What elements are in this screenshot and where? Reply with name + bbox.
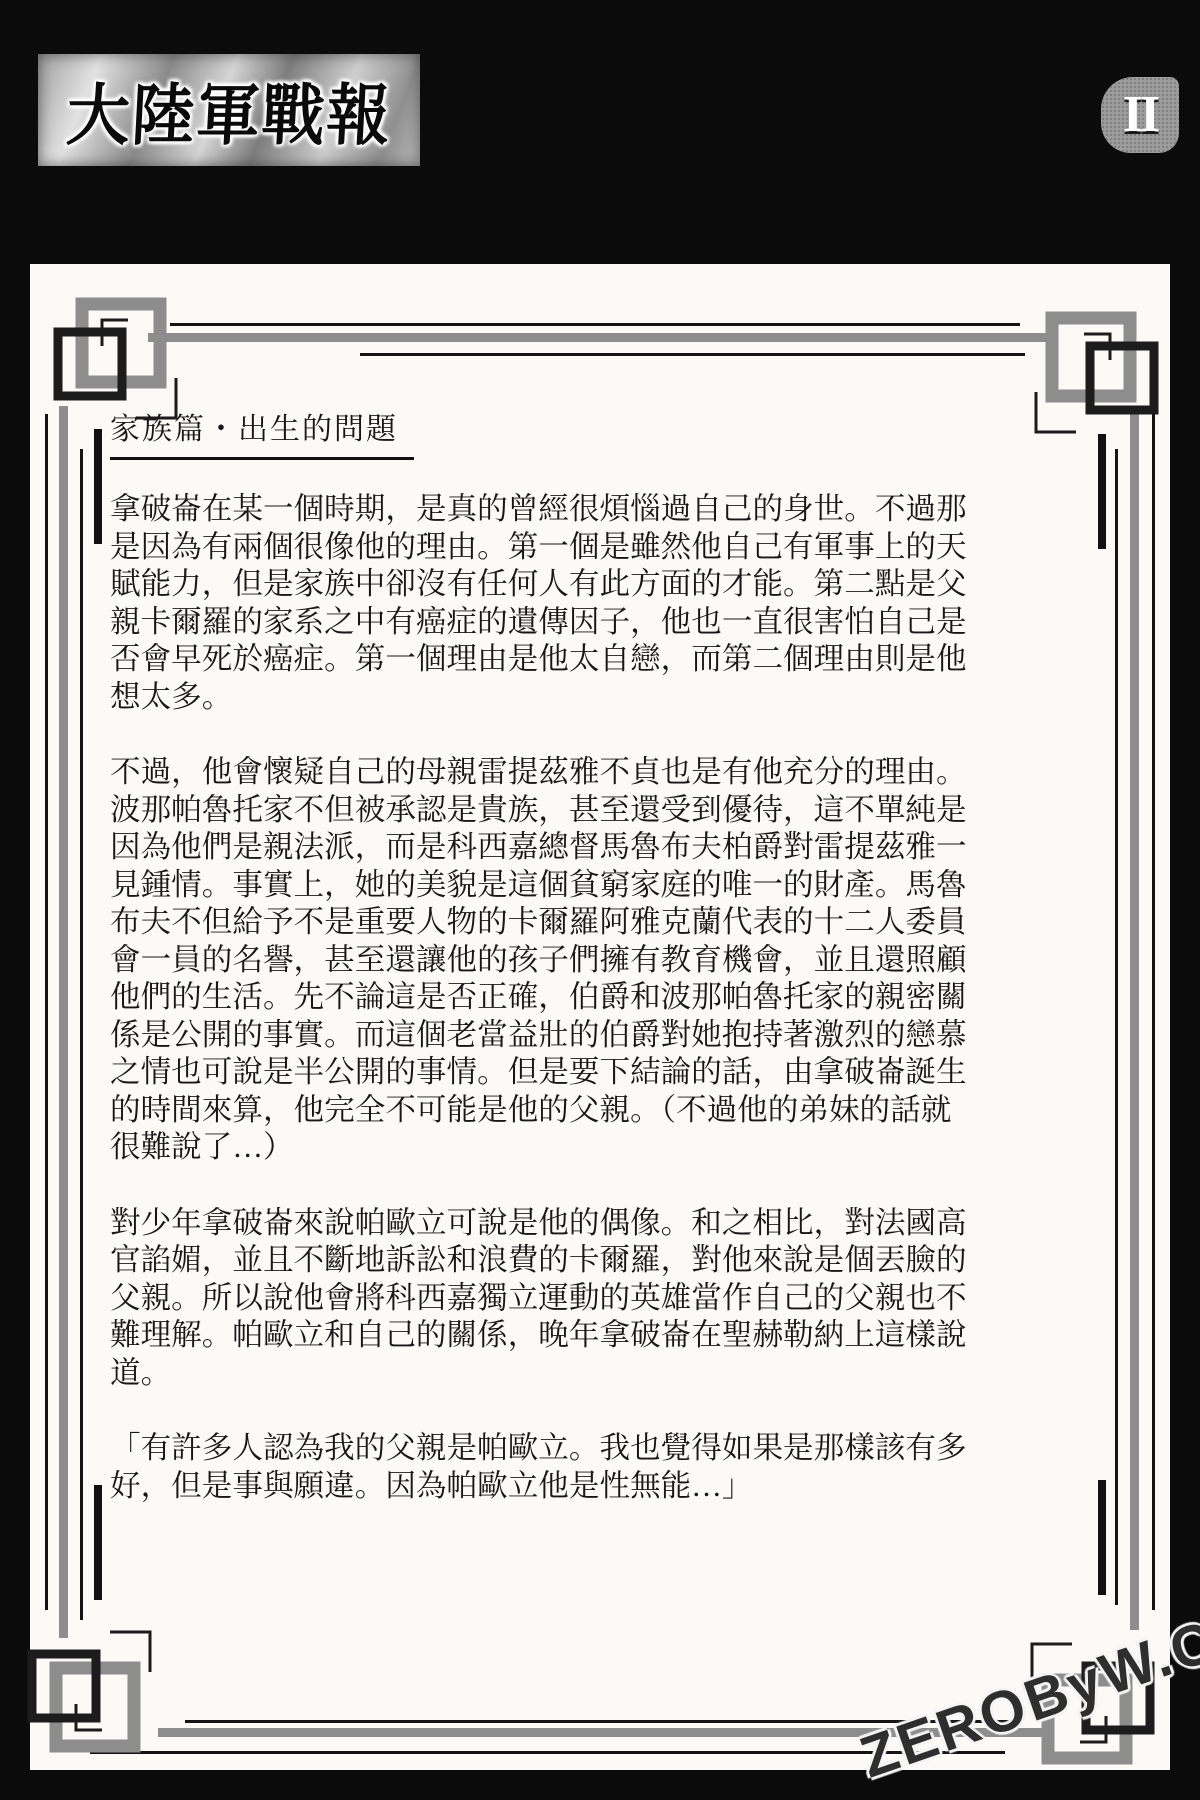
frame-line-right-inner <box>1115 449 1118 1605</box>
article-paragraph: 「有許多人認為我的父親是帕歐立。我也覺得如果是那樣該有多 好，但是事與願違。因為… <box>110 1430 982 1505</box>
frame-line-top-inner <box>360 353 1025 356</box>
frame-line-top-outer <box>170 323 1020 326</box>
frame-band-top <box>148 333 1052 342</box>
volume-numeral: II <box>1123 89 1157 141</box>
article-paragraph: 拿破崙在某一個時期，是真的曾經很煩惱過自己的身世。不過那 是因為有兩個很像他的理… <box>110 491 982 716</box>
frame-line-right-outer <box>1152 414 1155 1610</box>
series-logo-plate: 大陸軍戰報 <box>38 54 420 166</box>
frame-accent-bar-top-right <box>1098 434 1106 549</box>
frame-accent-bar-top-left <box>94 429 102 544</box>
corner-ornament-top-right <box>1032 304 1164 436</box>
frame-accent-bar-bottom-left <box>94 1485 102 1600</box>
volume-badge: II <box>1101 77 1179 153</box>
frame-line-left-outer <box>45 414 48 1610</box>
article: 家族篇・出生的問題 拿破崙在某一個時期，是真的曾經很煩惱過自己的身世。不過那 是… <box>110 412 982 1505</box>
corner-ornament-top-left <box>48 290 180 422</box>
corner-ornament-bottom-left <box>22 1628 154 1760</box>
article-paragraph: 對少年拿破崙來說帕歐立可說是他的偶像。和之相比，對法國高 官諂媚，並且不斷地訴訟… <box>110 1205 982 1393</box>
frame-band-left <box>59 406 68 1638</box>
frame-line-left-inner <box>80 449 83 1620</box>
frame-accent-bar-bottom-right <box>1098 1480 1106 1595</box>
article-title: 家族篇・出生的問題 <box>110 412 414 460</box>
scan-background: { "header": { "logo_title": "大陸軍戰報", "vo… <box>0 0 1200 1800</box>
frame-band-right <box>1130 406 1139 1630</box>
article-paragraph: 不過，他會懷疑自己的母親雷提茲雅不貞也是有他充分的理由。 波那帕魯托家不但被承認… <box>110 754 982 1167</box>
book-page: 家族篇・出生的問題 拿破崙在某一個時期，是真的曾經很煩惱過自己的身世。不過那 是… <box>30 264 1170 1770</box>
series-logo-title: 大陸軍戰報 <box>64 62 394 158</box>
